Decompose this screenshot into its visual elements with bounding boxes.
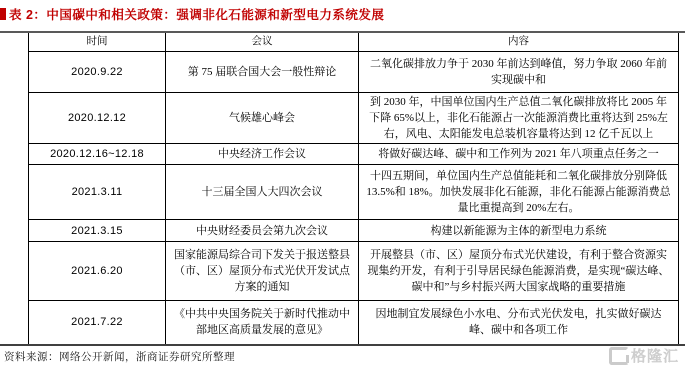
gelonghui-logo-icon [609, 347, 629, 365]
table-header-row: 时间 会议 内容 [29, 33, 679, 52]
table-title-bar: 表 2：中国碳中和相关政策：强调非化石能源和新型电力系统发展 [0, 5, 685, 23]
table-row: 2020.12.12 气候雄心峰会 到 2030 年，中国单位国内生产总值二氧化… [29, 93, 679, 144]
time-cell: 2020.12.12 [29, 93, 166, 144]
table-row: 2021.3.15 中央财经委员会第九次会议 构建以新能源为主体的新型电力系统 [29, 220, 679, 242]
meeting-cell: 国家能源局综合司下发关于报送整县（市、区）屋顶分布式光伏开发试点方案的通知 [166, 242, 359, 301]
table-row: 2021.3.11 十三届全国人大四次会议 十四五期间，单位国内生产总值能耗和二… [29, 165, 679, 220]
time-cell: 2021.3.11 [29, 165, 166, 220]
watermark: 格隆汇 [609, 345, 679, 366]
column-header-content: 内容 [359, 33, 679, 52]
content-cell: 将做好碳达峰、碳中和工作列为 2021 年八项重点任务之一 [359, 144, 679, 165]
source-note: 资料来源：网络公开新闻，浙商证券研究所整理 [4, 349, 685, 364]
meeting-cell: 第 75 届联合国大会一般性辩论 [166, 52, 359, 93]
content-cell: 十四五期间，单位国内生产总值能耗和二氧化碳排放分别降低 13.5%和 18%。加… [359, 165, 679, 220]
meeting-cell: 气候雄心峰会 [166, 93, 359, 144]
content-cell: 二氧化碳排放力争于 2030 年前达到峰值，努力争取 2060 年前实现碳中和 [359, 52, 679, 93]
time-cell: 2020.9.22 [29, 52, 166, 93]
time-cell: 2020.12.16~12.18 [29, 144, 166, 165]
table-row: 2020.12.16~12.18 中央经济工作会议 将做好碳达峰、碳中和工作列为… [29, 144, 679, 165]
time-cell: 2021.6.20 [29, 242, 166, 301]
meeting-cell: 《中共中央国务院关于新时代推动中部地区高质量发展的意见》 [166, 301, 359, 344]
column-header-meeting: 会议 [166, 33, 359, 52]
content-cell: 构建以新能源为主体的新型电力系统 [359, 220, 679, 242]
watermark-text: 格隆汇 [631, 345, 679, 366]
table-row: 2021.6.20 国家能源局综合司下发关于报送整县（市、区）屋顶分布式光伏开发… [29, 242, 679, 301]
content-cell: 因地制宜发展绿色小水电、分布式光伏发电，扎实做好碳达峰、碳中和各项工作 [359, 301, 679, 344]
time-cell: 2021.3.15 [29, 220, 166, 242]
table-row: 2020.9.22 第 75 届联合国大会一般性辩论 二氧化碳排放力争于 203… [29, 52, 679, 93]
meeting-cell: 中央财经委员会第九次会议 [166, 220, 359, 242]
bottom-rule [0, 344, 685, 346]
time-cell: 2021.7.22 [29, 301, 166, 344]
table-row: 2021.7.22 《中共中央国务院关于新时代推动中部地区高质量发展的意见》 因… [29, 301, 679, 344]
meeting-cell: 中央经济工作会议 [166, 144, 359, 165]
content-cell: 到 2030 年，中国单位国内生产总值二氧化碳排放将比 2005 年下降 65%… [359, 93, 679, 144]
policy-table: 时间 会议 内容 2020.9.22 第 75 届联合国大会一般性辩论 二氧化碳… [28, 33, 679, 344]
page-title: 表 2：中国碳中和相关政策：强调非化石能源和新型电力系统发展 [9, 5, 384, 23]
column-header-time: 时间 [29, 33, 166, 52]
meeting-cell: 十三届全国人大四次会议 [166, 165, 359, 220]
red-marker-icon [0, 8, 6, 20]
content-cell: 开展整县（市、区）屋顶分布式光伏建设，有利于整合资源实现集约开发，有利于引导居民… [359, 242, 679, 301]
